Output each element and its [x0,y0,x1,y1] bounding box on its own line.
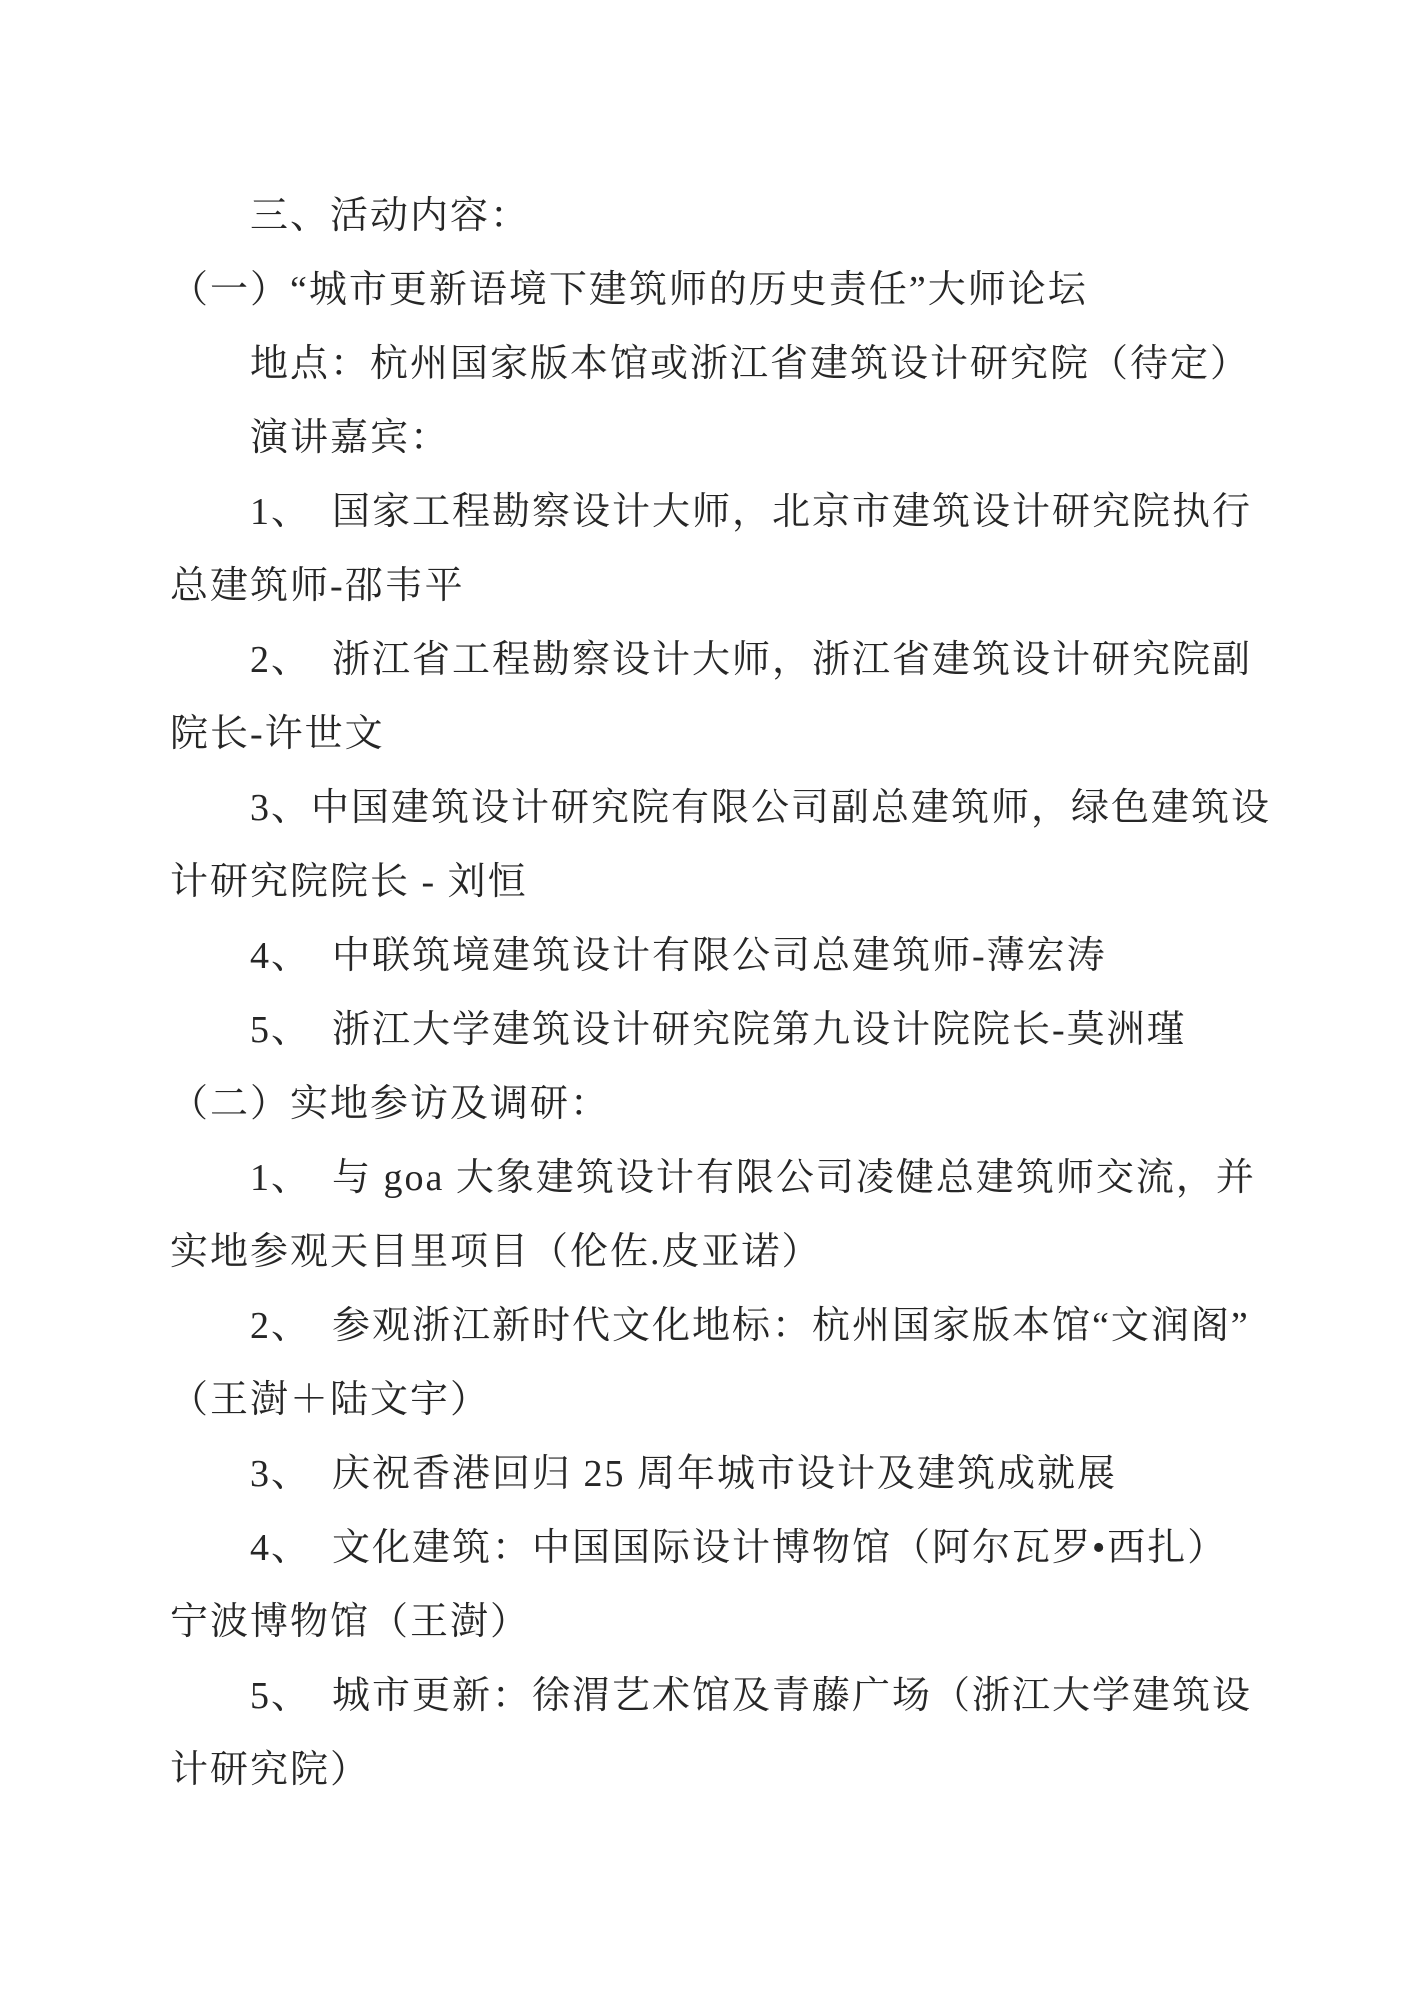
text-line: （二）实地参访及调研： [170,1062,1218,1136]
text-line: 实地参观天目里项目（伦佐.皮亚诺） [170,1210,1218,1284]
text-line: 地点：杭州国家版本馆或浙江省建筑设计研究院（待定） [170,322,1218,396]
text-line: 2、 浙江省工程勘察设计大师，浙江省建筑设计研究院副 [170,618,1218,692]
text-line: 3、 庆祝香港回归 25 周年城市设计及建筑成就展 [170,1432,1218,1506]
text-line: 1、 国家工程勘察设计大师，北京市建筑设计研究院执行 [170,470,1218,544]
text-line: 5、 城市更新：徐渭艺术馆及青藤广场（浙江大学建筑设 [170,1654,1218,1728]
text-line: 计研究院院长 - 刘恒 [170,840,1218,914]
text-line: 演讲嘉宾： [170,396,1218,470]
text-line: 三、活动内容： [170,174,1218,248]
text-line: 总建筑师-邵韦平 [170,544,1218,618]
text-line: 3、中国建筑设计研究院有限公司副总建筑师，绿色建筑设 [170,766,1218,840]
text-line: （一）“城市更新语境下建筑师的历史责任”大师论坛 [170,248,1218,322]
text-line: 宁波博物馆（王澍） [170,1580,1218,1654]
text-line: 院长-许世文 [170,692,1218,766]
document-page: 三、活动内容：（一）“城市更新语境下建筑师的历史责任”大师论坛地点：杭州国家版本… [0,0,1410,1995]
text-line: 2、 参观浙江新时代文化地标：杭州国家版本馆“文润阁” [170,1284,1218,1358]
text-line: 计研究院） [170,1728,1218,1802]
text-line: 1、 与 goa 大象建筑设计有限公司凌健总建筑师交流，并 [170,1136,1218,1210]
text-line: （王澍＋陆文宇） [170,1358,1218,1432]
text-line: 4、 文化建筑：中国国际设计博物馆（阿尔瓦罗•西扎） [170,1506,1218,1580]
document-text-block: 三、活动内容：（一）“城市更新语境下建筑师的历史责任”大师论坛地点：杭州国家版本… [170,174,1218,1802]
text-line: 5、 浙江大学建筑设计研究院第九设计院院长-莫洲瑾 [170,988,1218,1062]
text-line: 4、 中联筑境建筑设计有限公司总建筑师-薄宏涛 [170,914,1218,988]
